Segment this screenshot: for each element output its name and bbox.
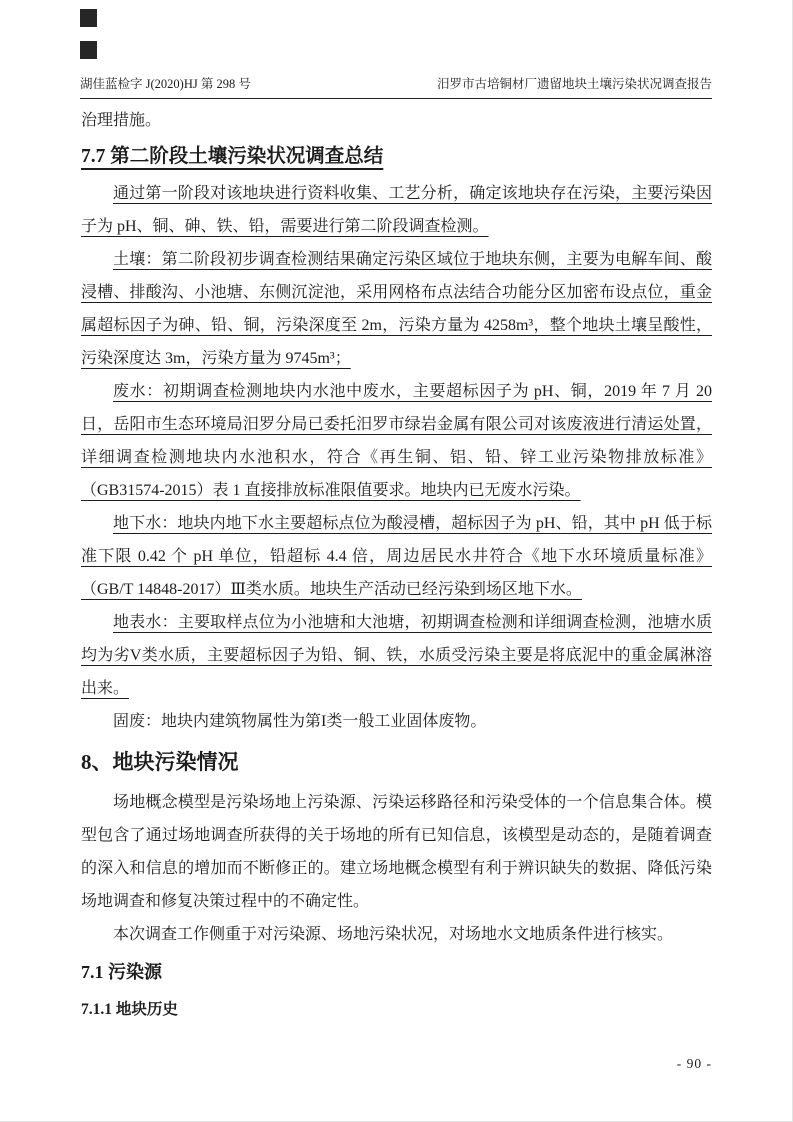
scan-mark-bottom <box>80 41 97 59</box>
continuation-text: 治理措施。 <box>81 104 712 137</box>
paragraph-conceptual-model: 场地概念模型是污染场地上污染源、污染运移路径和污染受体的一个信息集合体。模型包含… <box>81 786 712 918</box>
paragraph-wastewater: 废水：初期调查检测地块内水池中废水，主要超标因子为 pH、铜，2019 年 7 … <box>81 375 712 507</box>
paragraph-solid-waste: 固废：地块内建筑物属性为第I类一般工业固体废物。 <box>81 705 712 738</box>
paragraph-surface-water: 地表水：主要取样点位为小池塘和大池塘，初期调查检测和详细调查检测，池塘水质均为劣… <box>81 606 712 705</box>
header-report-title: 汨罗市古培铜材厂遗留地块土壤污染状况调查报告 <box>437 76 712 93</box>
header-document-number: 湖佳蓝检字 J(2020)HJ 第 298 号 <box>80 76 251 93</box>
page-header: 湖佳蓝检字 J(2020)HJ 第 298 号 汨罗市古培铜材厂遗留地块土壤污染… <box>80 76 712 99</box>
page-number: - 90 - <box>677 1056 712 1071</box>
page-footer: - 90 - <box>0 1056 712 1072</box>
paragraph-soil: 土壤：第二阶段初步调查检测结果确定污染区域位于地块东侧，主要为电解车间、酸浸槽、… <box>81 243 712 375</box>
report-page: 湖佳蓝检字 J(2020)HJ 第 298 号 汨罗市古培铜材厂遗留地块土壤污染… <box>0 0 793 1122</box>
section-heading-7-1-1: 7.1.1 地块历史 <box>81 993 712 1027</box>
paragraph-survey-focus: 本次调查工作侧重于对污染源、场地污染状况，对场地水文地质条件进行核实。 <box>81 918 712 951</box>
scan-mark-top <box>80 9 97 27</box>
document-body: 治理措施。 7.7 第二阶段土壤污染状况调查总结 通过第一阶段对该地块进行资料收… <box>81 104 712 1027</box>
paragraph-overview: 通过第一阶段对该地块进行资料收集、工艺分析，确定该地块存在污染，主要污染因子为 … <box>81 177 712 243</box>
section-heading-7-7: 7.7 第二阶段土壤污染状况调查总结 <box>81 137 712 177</box>
section-heading-8: 8、地块污染情况 <box>81 738 712 786</box>
paragraph-groundwater: 地下水：地块内地下水主要超标点位为酸浸槽，超标因子为 pH、铅，其中 pH 低于… <box>81 507 712 606</box>
section-heading-7-1: 7.1 污染源 <box>81 951 712 993</box>
